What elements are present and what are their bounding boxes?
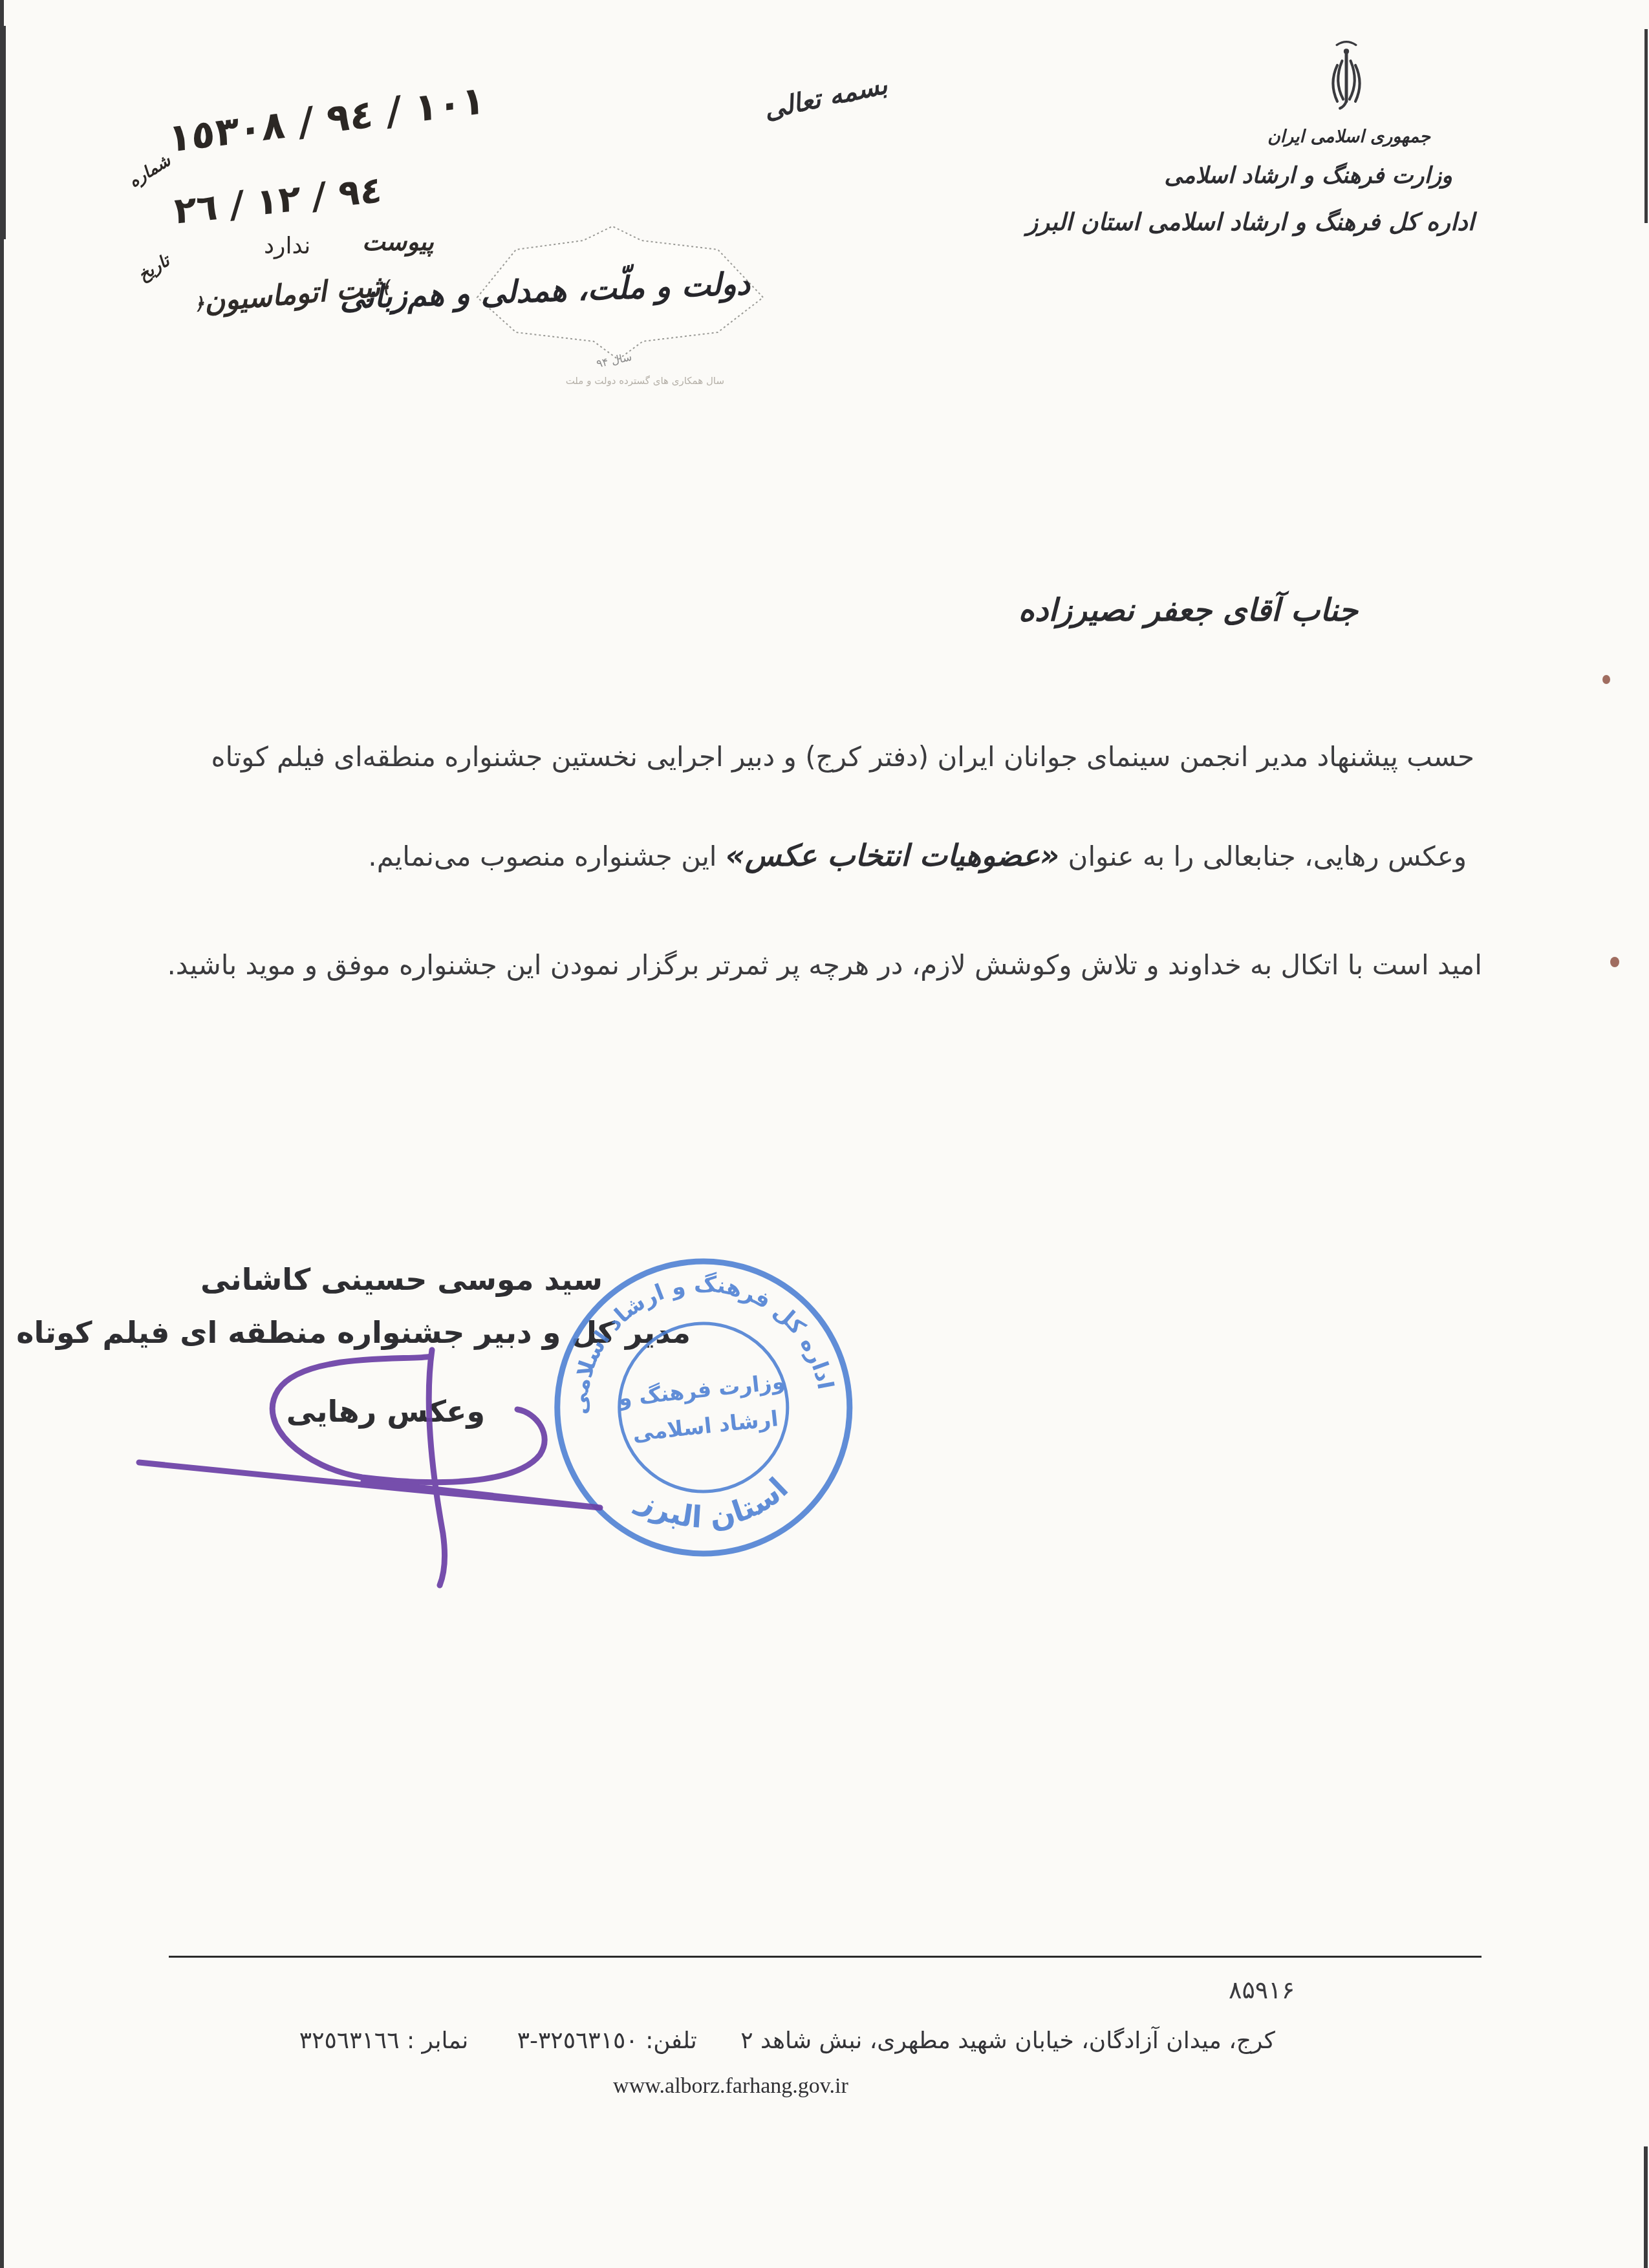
basmala: بسمه تعالی — [761, 70, 890, 125]
svg-text:استان البرز: استان البرز — [629, 1468, 798, 1543]
footer-website: www.alborz.farhang.gov.ir — [608, 2074, 854, 2099]
scan-edge-right-top — [1644, 29, 1648, 223]
footer-fax: نمابر : ٣٢٥٦٣١٦٦ — [299, 2027, 468, 2054]
footer-contact-line: کرج، میدان آزادگان، خیابان شهید مطهری، ن… — [299, 2027, 1275, 2054]
scan-edge-left-top — [0, 26, 6, 239]
seal-center-line2: ارشاد اسلامی — [631, 1406, 779, 1446]
ref-number-label: شماره — [125, 151, 174, 191]
seal-ring-bottom-text: استان البرز — [629, 1468, 798, 1543]
body-paragraph-2: وعکس رهایی، جنابعالی را به عنوان «عضوهیا… — [368, 838, 1467, 873]
slogan-subtitle: سال همکاری های گسترده دولت و ملت — [569, 375, 724, 387]
attachment-value: ندارد — [264, 233, 310, 259]
footer-phone: تلفن: ٣٢٥٦٣١٥٠-٣ — [517, 2027, 697, 2054]
footer-address: کرج، میدان آزادگان، خیابان شهید مطهری، ن… — [740, 2027, 1275, 2054]
attachment-label: پیوست — [362, 228, 434, 256]
header-ministry: وزارت فرهنگ و ارشاد اسلامی — [1165, 163, 1452, 189]
paragraph-2-pre: وعکس رهایی، جنابعالی را به عنوان — [1059, 840, 1467, 872]
scan-edge-right-bottom — [1644, 2146, 1648, 2268]
iran-emblem-icon — [1319, 37, 1374, 131]
seal-center-line1: وزارت فرهنگ و — [616, 1369, 786, 1412]
body-paragraph-1: حسب پیشنهاد مدیر انجمن سینمای جوانان ایر… — [211, 741, 1474, 773]
ref-date-value: ٩٤ / ١٢ / ٢٦ — [174, 169, 382, 233]
addressee-line: جناب آقای جعفر نصیرزاده — [1018, 592, 1358, 628]
paragraph-2-post: این جشنواره منصوب می‌نمایم. — [368, 840, 726, 872]
footer-rule — [169, 1956, 1482, 1958]
scan-speck — [1610, 957, 1619, 967]
signature-scribble — [116, 1332, 634, 1606]
scan-speck — [1602, 675, 1610, 684]
body-paragraph-3: امید است با اتکال به خداوند و تلاش وکوشش… — [167, 949, 1482, 981]
ref-number-value: ١٠١ / ٩٤ / ١٥٣٠٨ — [167, 78, 485, 162]
footer-doc-number: ۸۵۹۱۶ — [1229, 1976, 1295, 2004]
header-department: اداره کل فرهنگ و ارشاد اسلامی استان البر… — [1026, 208, 1474, 236]
scan-edge-left — [0, 0, 4, 2268]
header-country: جمهوری اسلامی ایران — [1267, 127, 1430, 147]
ref-date-label: تاریخ — [135, 251, 173, 286]
scanned-letter-page: { "letterhead": { "emblem": "iran-nation… — [0, 0, 1649, 2268]
paragraph-2-appointment-title: «عضوهیات انتخاب عکس» — [726, 838, 1059, 873]
